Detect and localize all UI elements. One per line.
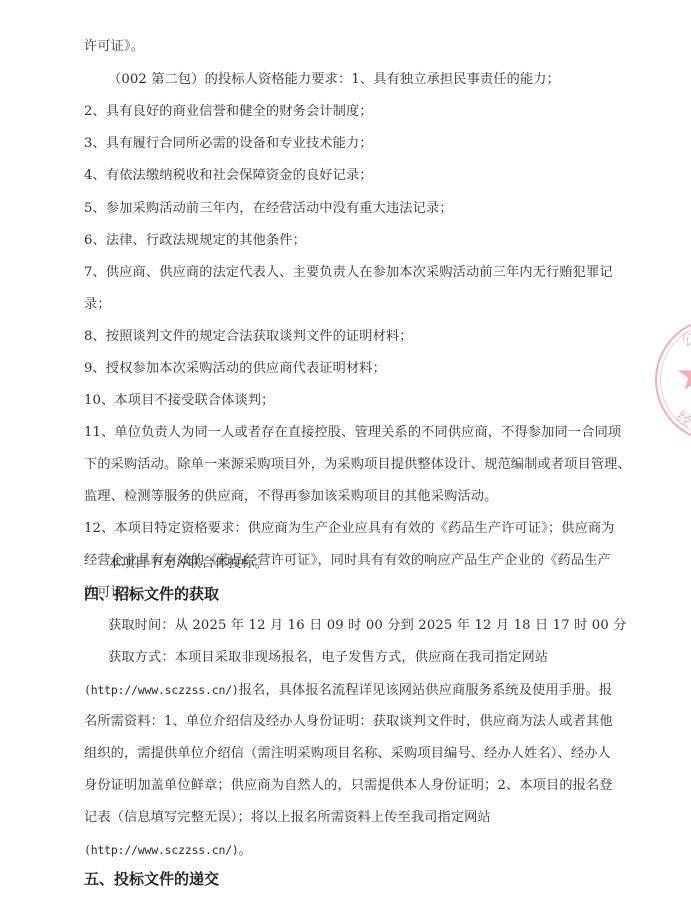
text-line: 2、具有良好的商业信誉和健全的财务会计制度； [84, 103, 373, 121]
section-5-heading: 五、投标文件的递交 [84, 869, 219, 889]
text-line: 12、本项目特定资格要求：供应商为生产企业应具有有效的《药品生产许可证》；供应商… [84, 520, 615, 538]
text-line: 名所需资料：1、单位介绍信及经办人身份证明：获取谈判文件时，供应商为法人或者其他 [84, 713, 613, 731]
text-line: 9、授权参加本次采购活动的供应商代表证明材料； [84, 360, 386, 378]
text-span: 。 [239, 843, 252, 858]
seal-char: 公 [677, 326, 691, 352]
text-line: 监理、检测等服务的供应商，不得再参加该采购项目的其他采购活动。 [84, 488, 497, 506]
company-seal: ★ 公 司 经 桥 [655, 318, 691, 442]
consortium-suffix: 联合体投标。 [188, 556, 268, 571]
text-line: 3、具有履行合同所必需的设备和专业技术能力； [84, 135, 373, 153]
acquisition-time: 获取时间：从 2025 年 12 月 16 日 09 时 00 分到 2025 … [108, 617, 627, 635]
consortium-statement: 本项目不允许联合体投标。 [108, 555, 268, 573]
website-link[interactable]: (http://www.sczzss.cn/) [84, 843, 239, 857]
section-4-heading: 四、招标文件的获取 [84, 584, 219, 604]
text-line: 身份证明加盖单位鲜章；供应商为自然人的，只需提供本人身份证明；2、本项目的报名登 [84, 777, 613, 795]
seal-char: 经 [673, 406, 691, 432]
text-line: 7、供应商、供应商的法定代表人、主要负责人在参加本次采购活动前三年内无行贿犯罪记 [84, 264, 613, 282]
text-line: (http://www.sczzss.cn/)报名，具体报名流程详见该网站供应商… [84, 681, 612, 700]
text-line: 8、按照谈判文件的规定合法获取谈判文件的证明材料； [84, 328, 413, 346]
text-line: 下的采购活动。除单一来源采购项目外，为采购项目提供整体设计、规范编制或者项目管理… [84, 456, 631, 474]
acquisition-method: 获取方式：本项目采取非现场报名，电子发售方式，供应商在我司指定网站 [108, 649, 548, 667]
text-span: 报名，具体报名流程详见该网站供应商服务系统及使用手册。报 [239, 683, 612, 698]
text-line: 记表（信息填写完整无误）；将以上报名所需资料上传至我司指定网站 [84, 809, 491, 827]
text-line: 4、有依法缴纳税收和社会保障资金的良好记录； [84, 167, 373, 185]
text-line: （002 第二包）的投标人资格能力要求：1、具有独立承担民事责任的能力； [108, 71, 560, 89]
website-link[interactable]: (http://www.sczzss.cn/) [84, 683, 239, 697]
text-line: 组织的，需提供单位介绍信（需注明采购项目名称、采购项目编号、经办人姓名）、经办人 [84, 745, 611, 763]
text-line: (http://www.sczzss.cn/)。 [84, 841, 252, 860]
consortium-emphasis: 不允许 [148, 556, 188, 571]
text-line: 11、单位负责人为同一人或者存在直接控股、管理关系的不同供应商，不得参加同一合同… [84, 424, 621, 442]
document-page: 许可证》。 （002 第二包）的投标人资格能力要求：1、具有独立承担民事责任的能… [0, 0, 691, 899]
text-line: 5、参加采购活动前三年内，在经营活动中没有重大违法记录； [84, 200, 453, 218]
text-line: 6、法律、行政法规规定的其他条件； [84, 232, 306, 250]
text-line: 10、本项目不接受联合体谈判； [84, 392, 274, 410]
consortium-prefix: 本项目 [108, 556, 148, 571]
text-line: 许可证》。 [84, 38, 144, 56]
text-line: 录； [84, 296, 111, 314]
star-icon: ★ [675, 354, 691, 398]
